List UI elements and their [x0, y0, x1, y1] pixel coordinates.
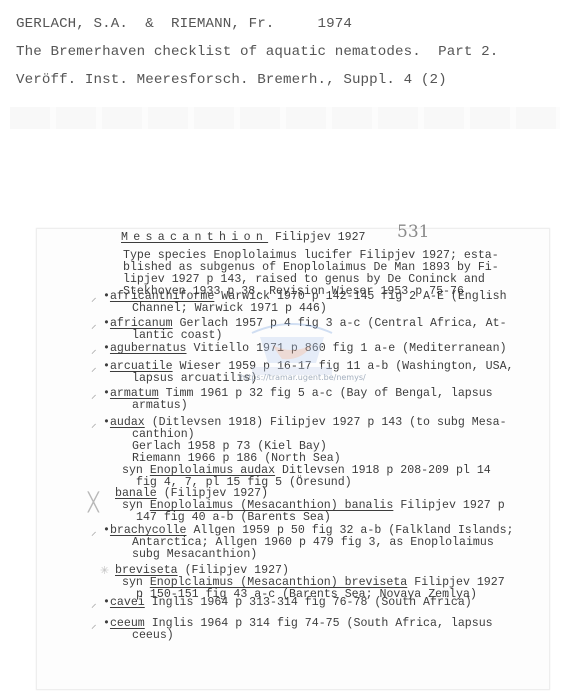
margin-check-icon: ⸝ — [91, 342, 97, 357]
bullet-icon: • — [103, 360, 110, 373]
species-citation: Timm 1961 p 32 fig 5 a-c (Bay of Bengal,… — [159, 387, 493, 400]
bullet-icon: • — [103, 617, 110, 630]
bullet-icon: • — [103, 342, 110, 355]
genus-author: Filipjev 1927 — [268, 231, 365, 244]
genus-name: Mesacanthion — [121, 231, 268, 244]
bullet-icon: • — [103, 596, 110, 609]
watermark-url: https://tramar.ugent.be/nemys/ — [240, 373, 366, 382]
bullet-icon: • — [103, 524, 110, 537]
species-continuation: armatus) — [132, 400, 188, 412]
margin-check-icon: ⸝ — [91, 290, 97, 305]
bullet-icon: • — [103, 387, 110, 400]
margin-check-icon: ⸝ — [91, 596, 97, 611]
species-citation: Vitiello 1971 p 860 fig 1 a-e (Mediterra… — [187, 342, 507, 355]
species-continuation: lantic coast) — [132, 330, 222, 342]
synonym-continuation: 147 fig 40 a-b (Barents Sea) — [136, 512, 331, 524]
margin-check-icon: ⸝ — [91, 617, 97, 632]
citation-title: The Bremerhaven checklist of aquatic nem… — [16, 38, 498, 66]
species-continuation: subg Mesacanthion) — [132, 549, 257, 561]
species-citation: Inglis 1964 p 313-314 fig 76-78 (South A… — [145, 596, 472, 609]
species-citation: Inglis 1964 p 314 fig 74-75 (South Afric… — [145, 617, 493, 630]
margin-cross-icon: ╳ — [88, 492, 99, 513]
margin-check-icon: ⸝ — [91, 317, 97, 332]
genus-heading: Mesacanthion Filipjev 1927 — [121, 232, 366, 244]
margin-star-icon: ✳ — [100, 564, 109, 577]
margin-check-icon: ⸝ — [91, 360, 97, 375]
bullet-icon: • — [103, 290, 110, 303]
species-citation: (Ditlevsen 1918) Filipjev 1927 p 143 (to… — [145, 416, 507, 429]
bullet-icon: • — [103, 416, 110, 429]
species-continuation: Channel; Warwick 1971 p 446) — [132, 303, 327, 315]
species-entry: •cavei Inglis 1964 p 313-314 fig 76-78 (… — [103, 597, 472, 609]
margin-check-icon: ⸝ — [91, 524, 97, 539]
synonym-citation: Filipjev 1927 p — [393, 499, 504, 512]
species-continuation: ceeus) — [132, 630, 174, 642]
margin-check-icon: ⸝ — [91, 387, 97, 402]
citation-authors: GERLACH, S.A. & RIEMANN, Fr. 1974 — [16, 10, 498, 38]
species-name: agubernatus — [110, 342, 187, 355]
species-citation: Gerlach 1957 p 4 fig 3 a-c (Central Afri… — [173, 317, 507, 330]
citation-journal: Veröff. Inst. Meeresforsch. Bremerh., Su… — [16, 66, 498, 94]
citation-header: GERLACH, S.A. & RIEMANN, Fr. 1974 The Br… — [16, 10, 498, 94]
bullet-icon: • — [103, 317, 110, 330]
show-through-text — [10, 107, 560, 129]
margin-check-icon: ⸝ — [91, 416, 97, 431]
handwritten-number: 531 — [397, 222, 429, 242]
species-continuation: lapsus arcuatilis) — [132, 373, 257, 385]
species-entry: •agubernatus Vitiello 1971 p 860 fig 1 a… — [103, 343, 507, 355]
species-name: cavei — [110, 596, 145, 609]
